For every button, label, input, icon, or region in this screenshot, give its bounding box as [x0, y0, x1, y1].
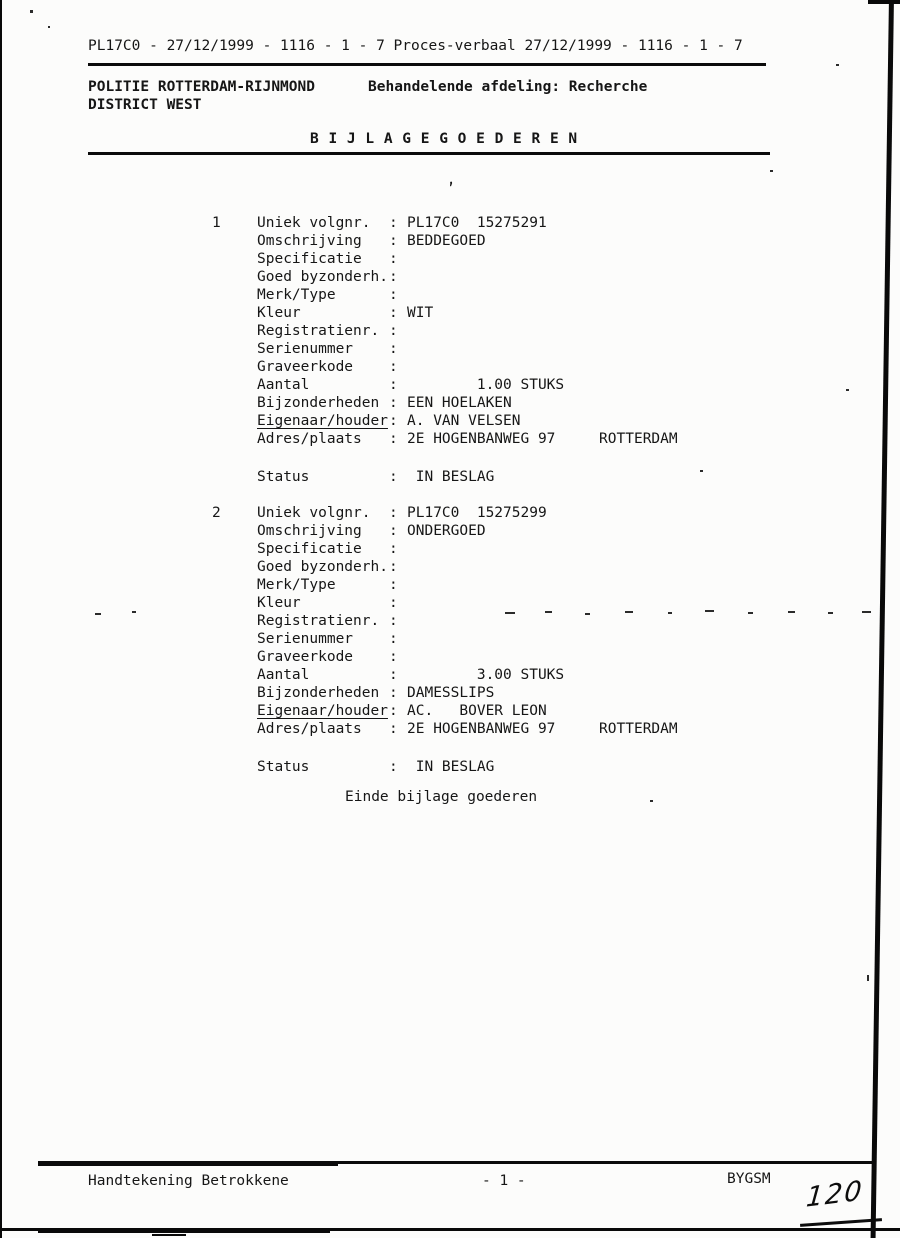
field-row: Adres/plaats : 2E HOGENBANWEG 97 ROTTERD… [212, 430, 852, 448]
field-label: Graveerkode [257, 648, 389, 666]
field-row: Specificatie : [212, 540, 852, 558]
field-separator: : [389, 394, 407, 412]
field-value [407, 250, 852, 268]
field-label: Goed byzonderh. [257, 558, 389, 576]
field-row: Goed byzonderh. : [212, 558, 852, 576]
organization-name: POLITIE ROTTERDAM-RIJNMOND [88, 78, 315, 96]
field-value [407, 340, 852, 358]
field-row: Graveerkode : [212, 358, 852, 376]
status-label: Status [257, 468, 389, 486]
footer-code: BYGSM [727, 1170, 771, 1188]
status-row: Status : IN BESLAG [212, 758, 852, 776]
handwritten-number: 120 [805, 1182, 864, 1207]
status-label: Status [257, 758, 389, 776]
field-separator: : [389, 286, 407, 304]
field-row: Serienummer : [212, 340, 852, 358]
scan-edge-top-right [868, 0, 900, 4]
scan-noise [867, 975, 869, 981]
field-row: Registratienr. : [212, 322, 852, 340]
handwritten-underline-stroke [800, 1218, 882, 1226]
goods-list: 1 Uniek volgnr. : PL17C0 15275291 Omschr… [212, 214, 852, 806]
field-separator: : [389, 268, 407, 286]
field-row: Registratienr. : [212, 612, 852, 630]
field-label: Registratienr. [257, 612, 389, 630]
field-label: Graveerkode [257, 358, 389, 376]
scan-noise [585, 613, 590, 615]
field-separator: : [389, 412, 407, 430]
field-label: Aantal [257, 376, 389, 394]
field-separator: : [389, 504, 407, 522]
scan-noise [862, 611, 871, 613]
scan-noise [650, 800, 653, 802]
field-label: Eigenaar/houder [257, 412, 389, 430]
scan-noise [700, 470, 703, 472]
field-label: Kleur [257, 304, 389, 322]
signature-line-label: Handtekening Betrokkene [88, 1172, 289, 1190]
field-value [407, 612, 852, 630]
field-separator: : [389, 612, 407, 630]
field-value: ONDERGOED [407, 522, 852, 540]
status-row: Status : IN BESLAG [212, 468, 852, 486]
field-label: Bijzonderheden [257, 684, 389, 702]
field-separator: : [389, 376, 407, 394]
field-value [407, 630, 852, 648]
field-separator: : [389, 576, 407, 594]
field-label: Merk/Type [257, 576, 389, 594]
field-separator: : [389, 540, 407, 558]
field-label: Bijzonderheden [257, 394, 389, 412]
field-row: Specificatie : [212, 250, 852, 268]
handling-department: Behandelende afdeling: Recherche [368, 78, 647, 96]
field-separator: : [389, 558, 407, 576]
field-label: Aantal [257, 666, 389, 684]
field-separator: : [389, 250, 407, 268]
field-value [407, 594, 852, 612]
field-label: Serienummer [257, 630, 389, 648]
field-value: BEDDEGOED [407, 232, 852, 250]
field-separator: : [389, 232, 407, 250]
field-separator: : [389, 702, 407, 720]
field-row: Bijzonderheden : EEN HOELAKEN [212, 394, 852, 412]
field-row: Omschrijving : BEDDEGOED [212, 232, 852, 250]
scan-noise [705, 610, 714, 612]
field-value: PL17C0 15275299 [407, 504, 852, 522]
field-separator: : [389, 430, 407, 448]
field-separator: : [389, 322, 407, 340]
scan-noise [788, 611, 795, 613]
scan-noise [505, 612, 515, 614]
document-title: B I J L A G E G O E D E R E N [310, 130, 578, 148]
field-label: Kleur [257, 594, 389, 612]
field-row: 2 Uniek volgnr. : PL17C0 15275299 [212, 504, 852, 522]
field-separator: : [389, 648, 407, 666]
field-value [407, 648, 852, 666]
scanned-police-document-page: PL17C0 - 27/12/1999 - 1116 - 1 - 7 Proce… [0, 0, 900, 1238]
field-label: Adres/plaats [257, 720, 389, 738]
field-label: Goed byzonderh. [257, 268, 389, 286]
field-label: Adres/plaats [257, 430, 389, 448]
organization-district: DISTRICT WEST [88, 96, 202, 114]
footer-divider-rule-thick [38, 1161, 338, 1166]
field-separator: : [389, 720, 407, 738]
status-value: IN BESLAG [407, 758, 852, 776]
field-value: AC. BOVER LEON [407, 702, 852, 720]
scan-edge-bottom-thick [38, 1229, 330, 1233]
field-separator: : [389, 684, 407, 702]
field-label: Merk/Type [257, 286, 389, 304]
goods-item-1: 1 Uniek volgnr. : PL17C0 15275291 Omschr… [212, 214, 852, 486]
scan-noise [770, 170, 773, 172]
field-separator: : [389, 340, 407, 358]
field-value: 2E HOGENBANWEG 97 ROTTERDAM [407, 430, 852, 448]
scan-noise [836, 64, 839, 66]
scan-noise [828, 612, 833, 614]
field-value [407, 540, 852, 558]
field-row: Graveerkode : [212, 648, 852, 666]
title-divider-rule [88, 152, 770, 155]
field-value [407, 358, 852, 376]
field-row: Merk/Type : [212, 576, 852, 594]
field-value [407, 576, 852, 594]
field-row: Kleur : [212, 594, 852, 612]
scan-edge-bottom-tick [152, 1234, 186, 1236]
field-row: Bijzonderheden : DAMESSLIPS [212, 684, 852, 702]
field-row: Eigenaar/houder : A. VAN VELSEN [212, 412, 852, 430]
scan-edge-left [0, 0, 2, 1238]
scan-noise [48, 26, 50, 28]
field-separator: : [389, 630, 407, 648]
field-row: 1 Uniek volgnr. : PL17C0 15275291 [212, 214, 852, 232]
field-separator: : [389, 758, 407, 776]
scan-noise [846, 389, 849, 391]
field-separator: : [389, 522, 407, 540]
scan-comma-artifact: , [445, 169, 456, 188]
end-of-annex-note: Einde bijlage goederen [212, 788, 852, 806]
field-value [407, 558, 852, 576]
field-value: EEN HOELAKEN [407, 394, 852, 412]
field-label: Uniek volgnr. [257, 214, 389, 232]
field-label: Eigenaar/houder [257, 702, 389, 720]
field-separator: : [389, 214, 407, 232]
header-divider-rule [88, 63, 766, 66]
field-row: Kleur : WIT [212, 304, 852, 322]
field-label: Registratienr. [257, 322, 389, 340]
field-label: Omschrijving [257, 522, 389, 540]
field-value: DAMESSLIPS [407, 684, 852, 702]
field-label: Serienummer [257, 340, 389, 358]
document-reference-line: PL17C0 - 27/12/1999 - 1116 - 1 - 7 Proce… [88, 37, 743, 55]
goods-item-2: 2 Uniek volgnr. : PL17C0 15275299 Omschr… [212, 504, 852, 776]
field-value: A. VAN VELSEN [407, 412, 852, 430]
field-value: 2E HOGENBANWEG 97 ROTTERDAM [407, 720, 852, 738]
field-value: PL17C0 15275291 [407, 214, 852, 232]
status-value: IN BESLAG [407, 468, 852, 486]
scan-noise [545, 611, 552, 613]
field-row: Aantal : 1.00 STUKS [212, 376, 852, 394]
scan-noise [30, 10, 33, 13]
scan-noise [625, 611, 633, 613]
field-separator: : [389, 666, 407, 684]
scan-noise [132, 611, 136, 613]
field-label: Omschrijving [257, 232, 389, 250]
field-value: 3.00 STUKS [407, 666, 852, 684]
field-value [407, 268, 852, 286]
item-number: 2 [212, 504, 257, 522]
field-row: Merk/Type : [212, 286, 852, 304]
field-separator: : [389, 468, 407, 486]
field-label: Uniek volgnr. [257, 504, 389, 522]
field-label: Specificatie [257, 540, 389, 558]
field-row: Serienummer : [212, 630, 852, 648]
scan-noise [668, 612, 672, 614]
scan-noise [95, 613, 101, 615]
field-value [407, 322, 852, 340]
field-value [407, 286, 852, 304]
field-row: Aantal : 3.00 STUKS [212, 666, 852, 684]
field-value: WIT [407, 304, 852, 322]
scan-edge-right [870, 0, 894, 1238]
field-row: Omschrijving : ONDERGOED [212, 522, 852, 540]
field-separator: : [389, 594, 407, 612]
field-separator: : [389, 304, 407, 322]
scan-noise [748, 612, 753, 614]
field-row: Adres/plaats : 2E HOGENBANWEG 97 ROTTERD… [212, 720, 852, 738]
field-separator: : [389, 358, 407, 376]
page-number: - 1 - [482, 1172, 526, 1190]
field-row: Goed byzonderh. : [212, 268, 852, 286]
field-label: Specificatie [257, 250, 389, 268]
field-row: Eigenaar/houder : AC. BOVER LEON [212, 702, 852, 720]
item-number: 1 [212, 214, 257, 232]
field-value: 1.00 STUKS [407, 376, 852, 394]
